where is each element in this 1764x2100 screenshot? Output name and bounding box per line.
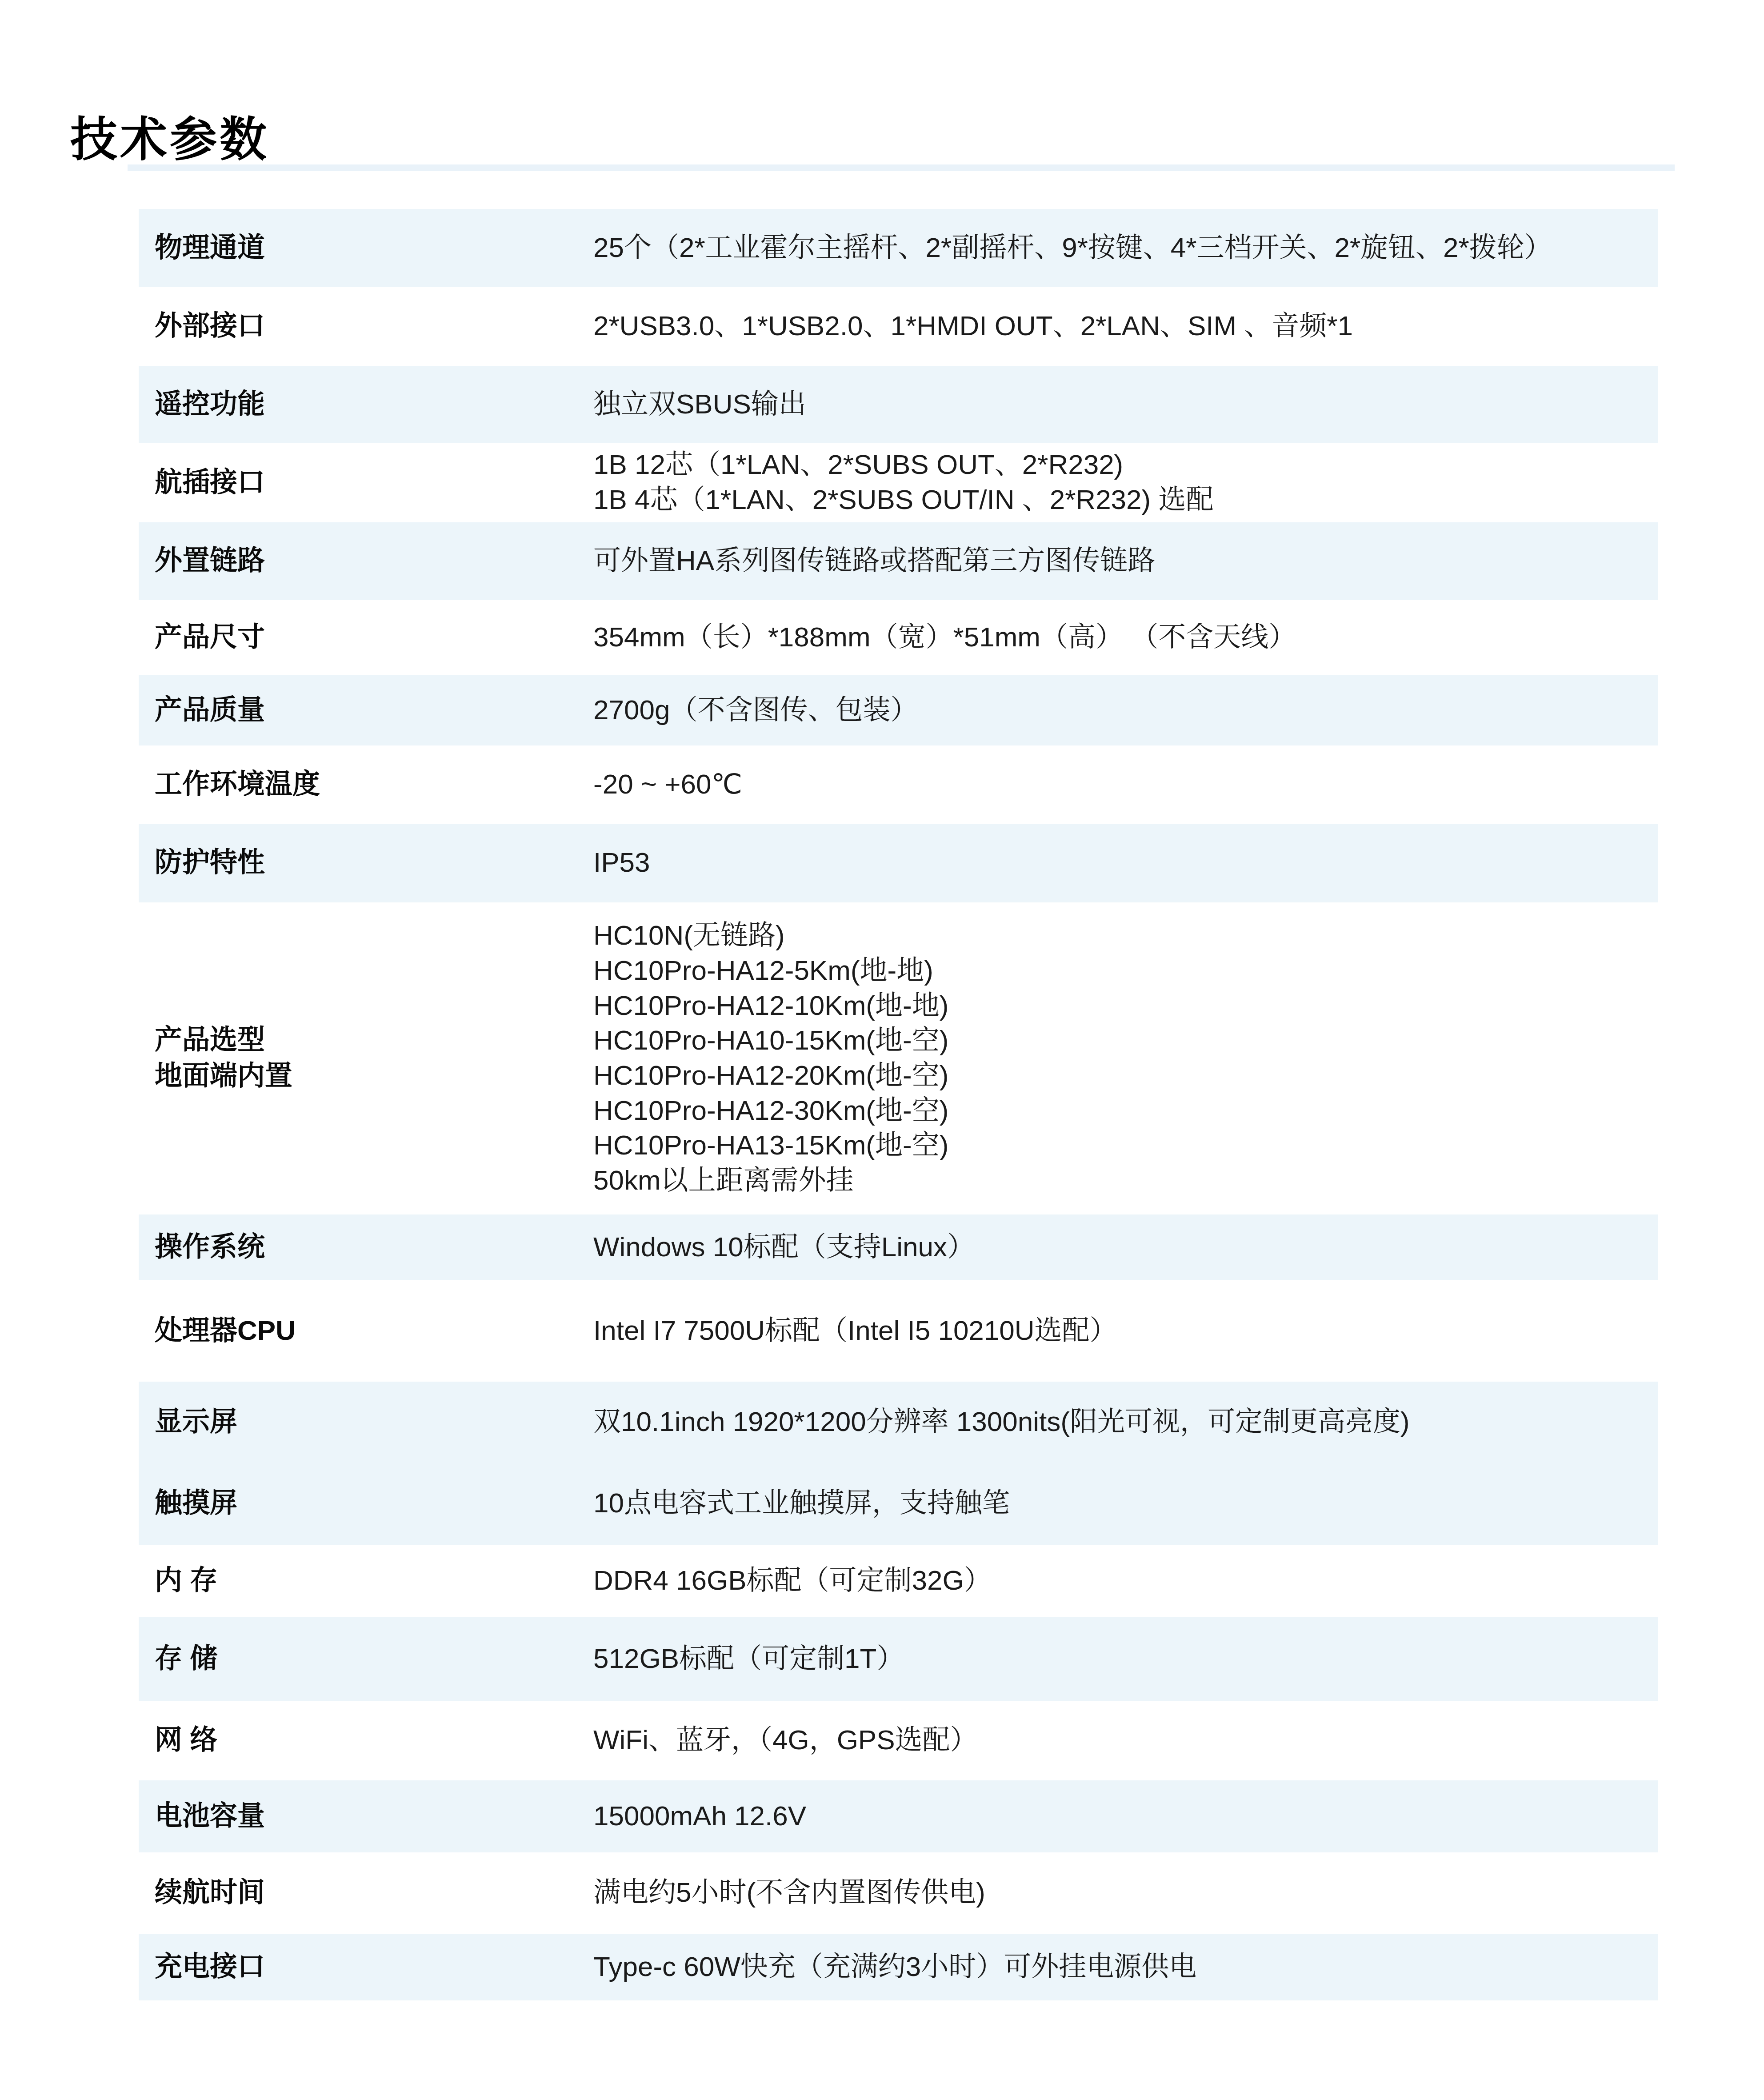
spec-row: 外置链路 可外置HA系列图传链路或搭配第三方图传链路 [139, 522, 1658, 600]
spec-value: 双10.1inch 1920*1200分辨率 1300nits(阳光可视，可定制… [593, 1405, 1658, 1440]
spec-label: 外置链路 [139, 543, 593, 579]
spec-value: 25个（2*工业霍尔主摇杆、2*副摇杆、9*按键、4*三档开关、2*旋钮、2*拨… [593, 231, 1658, 266]
spec-row: 内 存 DDR4 16GB标配（可定制32G） [139, 1545, 1658, 1617]
spec-row: 续航时间 满电约5小时(不含内置图传供电) [139, 1852, 1658, 1934]
spec-row: 操作系统 Windows 10标配（支持Linux） [139, 1214, 1658, 1280]
spec-row: 存 储 512GB标配（可定制1T） [139, 1617, 1658, 1701]
spec-label: 航插接口 [139, 465, 593, 501]
spec-label: 外部接口 [139, 309, 593, 345]
spec-label: 防护特性 [139, 845, 593, 881]
spec-row: 物理通道 25个（2*工业霍尔主摇杆、2*副摇杆、9*按键、4*三档开关、2*旋… [139, 209, 1658, 287]
spec-value: 15000mAh 12.6V [593, 1799, 1658, 1834]
spec-table: 物理通道 25个（2*工业霍尔主摇杆、2*副摇杆、9*按键、4*三档开关、2*旋… [139, 209, 1658, 2000]
spec-label: 产品尺寸 [139, 620, 593, 656]
spec-value: Windows 10标配（支持Linux） [593, 1230, 1658, 1265]
spec-row: 产品尺寸 354mm（长）*188mm（宽）*51mm（高） （不含天线） [139, 600, 1658, 675]
spec-value: 可外置HA系列图传链路或搭配第三方图传链路 [593, 544, 1658, 579]
spec-row: 网 络 WiFi、蓝牙，（4G，GPS选配） [139, 1701, 1658, 1780]
spec-label: 存 储 [139, 1641, 593, 1677]
spec-label: 触摸屏 [139, 1486, 593, 1522]
spec-label: 显示屏 [139, 1404, 593, 1440]
spec-label: 遥控功能 [139, 387, 593, 423]
spec-label: 物理通道 [139, 230, 593, 266]
spec-value: WiFi、蓝牙，（4G，GPS选配） [593, 1723, 1658, 1758]
spec-label: 网 络 [139, 1723, 593, 1759]
spec-label: 操作系统 [139, 1230, 593, 1266]
spec-label: 产品质量 [139, 693, 593, 729]
spec-row: 航插接口 1B 12芯（1*LAN、2*SUBS OUT、2*R232) 1B … [139, 443, 1658, 522]
page-title: 技术参数 [70, 102, 269, 169]
spec-value: 354mm（长）*188mm（宽）*51mm（高） （不含天线） [593, 620, 1658, 655]
spec-label: 续航时间 [139, 1875, 593, 1911]
spec-row: 外部接口 2*USB3.0、1*USB2.0、1*HMDI OUT、2*LAN、… [139, 287, 1658, 366]
spec-row: 遥控功能 独立双SBUS输出 [139, 366, 1658, 443]
spec-row: 充电接口 Type-c 60W快充（充满约3小时）可外挂电源供电 [139, 1934, 1658, 2000]
spec-value: 1B 12芯（1*LAN、2*SUBS OUT、2*R232) 1B 4芯（1*… [593, 448, 1658, 517]
spec-value: 10点电容式工业触摸屏，支持触笔 [593, 1486, 1658, 1521]
spec-value: 2*USB3.0、1*USB2.0、1*HMDI OUT、2*LAN、SIM 、… [593, 309, 1658, 344]
spec-label: 内 存 [139, 1563, 593, 1599]
spec-value: Intel I7 7500U标配（Intel I5 10210U选配） [593, 1314, 1658, 1349]
spec-value: 满电约5小时(不含内置图传供电) [593, 1876, 1658, 1911]
spec-label: 处理器CPU [139, 1313, 593, 1349]
title-divider [128, 164, 1675, 171]
spec-value: HC10N(无链路) HC10Pro-HA12-5Km(地-地) HC10Pro… [593, 918, 1658, 1198]
spec-label: 充电接口 [139, 1949, 593, 1985]
spec-row: 防护特性 IP53 [139, 824, 1658, 902]
spec-row: 显示屏 双10.1inch 1920*1200分辨率 1300nits(阳光可视… [139, 1382, 1658, 1463]
spec-value: -20 ~ +60℃ [593, 767, 1658, 802]
spec-value: DDR4 16GB标配（可定制32G） [593, 1563, 1658, 1599]
spec-row: 工作环境温度 -20 ~ +60℃ [139, 745, 1658, 824]
spec-row: 产品质量 2700g（不含图传、包装） [139, 675, 1658, 745]
spec-row: 电池容量 15000mAh 12.6V [139, 1780, 1658, 1852]
spec-value: 独立双SBUS输出 [593, 387, 1658, 422]
spec-row: 处理器CPU Intel I7 7500U标配（Intel I5 10210U选… [139, 1280, 1658, 1382]
spec-label: 工作环境温度 [139, 767, 593, 803]
spec-value: 2700g（不含图传、包装） [593, 693, 1658, 728]
spec-label: 电池容量 [139, 1799, 593, 1835]
spec-value: Type-c 60W快充（充满约3小时）可外挂电源供电 [593, 1950, 1658, 1985]
spec-value: IP53 [593, 846, 1658, 881]
spec-label: 产品选型 地面端内置 [139, 1022, 593, 1094]
spec-row: 触摸屏 10点电容式工业触摸屏，支持触笔 [139, 1463, 1658, 1545]
spec-row: 产品选型 地面端内置 HC10N(无链路) HC10Pro-HA12-5Km(地… [139, 902, 1658, 1214]
spec-value: 512GB标配（可定制1T） [593, 1642, 1658, 1677]
